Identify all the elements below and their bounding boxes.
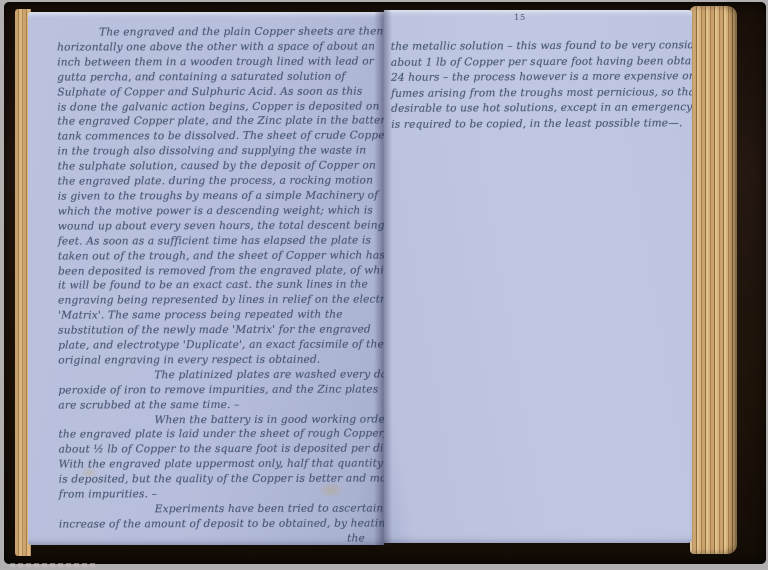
manuscript-line: When the battery is in good working orde…	[58, 412, 378, 428]
manuscript-line: With the engraved plate uppermost only, …	[59, 457, 379, 473]
manuscript-line: 24 hours – the process however is a more…	[391, 69, 690, 86]
manuscript-line: original engraving in every respect is o…	[58, 352, 378, 368]
manuscript-line: the metallic solution – this was found t…	[391, 38, 690, 55]
manuscript-line: about ½ lb of Copper to the square foot …	[59, 442, 379, 458]
manuscript-line: taken out of the trough, and the sheet o…	[58, 248, 378, 264]
manuscript-line: feet. As soon as a sufficient time has e…	[58, 233, 378, 249]
right-fore-edge-stack	[690, 6, 737, 554]
manuscript-line: desirable to use hot solutions, except i…	[391, 101, 690, 118]
manuscript-line: engraving being represented by lines in …	[58, 293, 378, 309]
attribution-mark	[10, 563, 96, 567]
manuscript-line: in the trough also dissolving and supply…	[58, 144, 378, 160]
manuscript-line: Experiments have been tried to ascertain…	[59, 501, 379, 517]
manuscript-line: increase of the amount of deposit to be …	[59, 516, 379, 532]
page-number: 15	[514, 13, 526, 23]
manuscript-line: Sulphate of Copper and Sulphuric Acid. A…	[57, 84, 377, 100]
manuscript-line: gutta percha, and containing a saturated…	[57, 69, 377, 85]
manuscript-line: 'Matrix'. The same process being repeate…	[58, 308, 378, 324]
manuscript-line: The platinized plates are washed every d…	[58, 367, 378, 383]
manuscript-line: about 1 lb of Copper per square foot hav…	[391, 54, 690, 71]
manuscript-line: plate, and electrotype 'Duplicate', an e…	[58, 337, 378, 353]
manuscript-line: the engraved Copper plate, and the Zinc …	[57, 114, 377, 130]
manuscript-line: horizontally one above the other with a …	[57, 39, 377, 55]
manuscript-line: the sulphate solution, caused by the dep…	[58, 159, 378, 175]
manuscript-line: is done the galvanic action begins, Copp…	[57, 99, 377, 115]
manuscript-line: the engraved plate is laid under the she…	[58, 427, 378, 443]
manuscript-line: from impurities. –	[59, 487, 379, 503]
manuscript-line: the engraved plate. during the process, …	[58, 174, 378, 190]
manuscript-line: wound up about every seven hours, the to…	[58, 218, 378, 234]
manuscript-line: fumes arising from the troughs most pern…	[391, 85, 690, 102]
book-scan: The engraved and the plain Copper sheets…	[0, 0, 768, 570]
gutter-shadow	[374, 10, 392, 545]
manuscript-line: is deposited, but the quality of the Cop…	[59, 472, 379, 488]
manuscript-line: the	[59, 531, 379, 545]
manuscript-line: substitution of the newly made 'Matrix' …	[58, 323, 378, 339]
manuscript-line: The engraved and the plain Copper sheets…	[57, 24, 377, 40]
left-page-text: The engraved and the plain Copper sheets…	[57, 24, 379, 545]
left-page: The engraved and the plain Copper sheets…	[28, 12, 384, 545]
manuscript-line: peroxide of iron to remove impurities, a…	[58, 382, 378, 398]
manuscript-line: been deposited is removed from the engra…	[58, 263, 378, 279]
manuscript-line: is given to the troughs by means of a si…	[58, 188, 378, 204]
manuscript-line: are scrubbed at the same time. –	[58, 397, 378, 413]
manuscript-line: tank commences to be dissolved. The shee…	[57, 129, 377, 145]
right-page: 15 the metallic solution – this was foun…	[384, 10, 692, 543]
manuscript-line: inch between them in a wooden trough lin…	[57, 54, 377, 70]
manuscript-line: which the motive power is a descending w…	[58, 203, 378, 219]
manuscript-line: it will be found to be an exact cast. th…	[58, 278, 378, 294]
manuscript-line: is required to be copied, in the least p…	[391, 116, 690, 133]
right-page-text: the metallic solution – this was found t…	[391, 38, 690, 133]
